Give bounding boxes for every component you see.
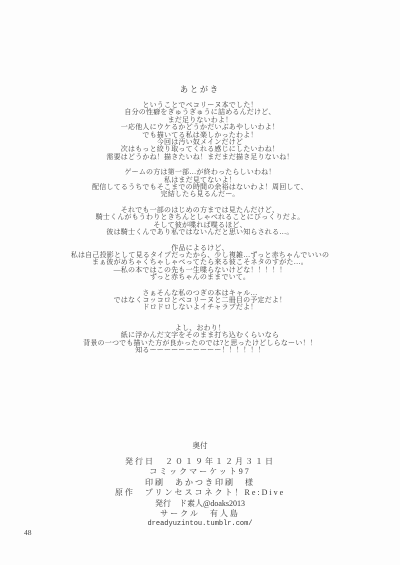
text-line: ずっと赤ちゃんのままでいて。	[0, 274, 400, 281]
circle-url: dreadyuzintou.tumblr.com/	[0, 519, 400, 529]
afterword-paragraph: 作品によるけど、私は自己投影として見るタイプだったから、少し複雑…ずっと赤ちゃん…	[0, 245, 400, 282]
text-line: 需要はどうかね！描きたいね！まだまだ描き足りないね！	[0, 154, 400, 161]
text-line: 完結したら見るんだー。	[0, 191, 400, 198]
colophon-row: 発行日 ２０１９年１２月３１日	[0, 457, 400, 467]
colophon-rows: 発行日 ２０１９年１２月３１日コミックマーケット97印刷 あかつき印刷 様原作 …	[0, 457, 400, 530]
colophon-row: 印刷 あかつき印刷 様	[0, 478, 400, 488]
afterword-paragraph: さぁそんな私のつぎの本はキャル…ではなくコッコロとペコリーヌと二冊目の予定だよ！…	[0, 290, 400, 312]
text-line: ドロドロしないよイチャラブだよ！	[0, 304, 400, 311]
colophon-row: 原作 プリンセスコネクト！Re:Dive	[0, 488, 400, 498]
afterword-paragraph: ゲームの方は第一部…が終わったらしいわね！私はまだ見てないよ！配信してるうちでも…	[0, 169, 400, 199]
afterword-paragraphs: ということでペコリーヌ本でした！自分の性癖をぎゅうぎゅうに詰めるんだけど、まだ足…	[0, 102, 400, 354]
colophon-row: サークル 有人島	[0, 509, 400, 519]
afterword-paragraph: よし、おわり！紙に浮かんだ文字をそのまま打ち込むくらいなら背景の一つでも描いた方…	[0, 325, 400, 355]
text-line: 知るーーーーーーーーーー！！！！！！	[0, 347, 400, 354]
doujin-afterword-page: あとがき ということでペコリーヌ本でした！自分の性癖をぎゅうぎゅうに詰めるんだけ…	[0, 0, 400, 565]
colophon-row: コミックマーケット97	[0, 467, 400, 477]
colophon-block: 奥付 発行日 ２０１９年１２月３１日コミックマーケット97印刷 あかつき印刷 様…	[0, 440, 400, 530]
afterword-title: あとがき	[0, 84, 400, 95]
afterword-paragraph: それでも一部のはじめの方までは見たんだけど、騎士くんがもうわりときちんとしゃべれ…	[0, 207, 400, 237]
afterword-paragraph: ということでペコリーヌ本でした！自分の性癖をぎゅうぎゅうに詰めるんだけど、まだ足…	[0, 102, 400, 161]
colophon-heading: 奥付	[0, 440, 400, 451]
colophon-row: 発行 ド素人@doaks2013	[0, 499, 400, 509]
text-line: 彼は騎士くんであり私ではないんだと思い知らされる…。	[0, 229, 400, 236]
afterword-block: あとがき ということでペコリーヌ本でした！自分の性癖をぎゅうぎゅうに詰めるんだけ…	[0, 84, 400, 362]
page-number: 48	[24, 528, 32, 537]
